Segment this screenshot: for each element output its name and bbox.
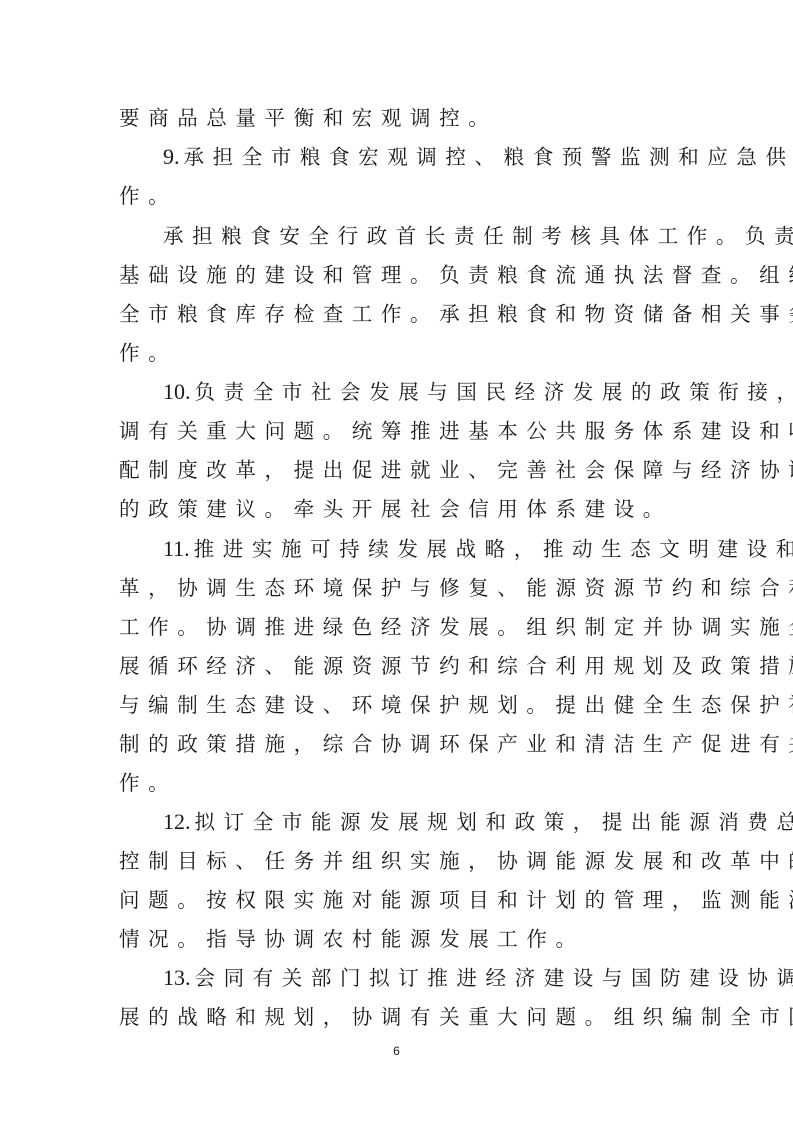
text-line: 作。 [119, 338, 679, 368]
text-line: 革，协调生态环境保护与修复、能源资源节约和综合利用等 [119, 573, 679, 603]
text-line: 工作。协调推进绿色经济发展。组织制定并协调实施全市发 [119, 612, 679, 642]
text-line: 基础设施的建设和管理。负责粮食流通执法督查。组织实施 [119, 260, 679, 290]
document-page: 要商品总量平衡和宏观调控。 9.承担全市粮食宏观调控、粮食预警监测和应急供应工 … [0, 0, 793, 1122]
text-line: 全市粮食库存检查工作。承担粮食和物资储备相关事务性工 [119, 299, 679, 329]
line-text: 的政策建议。牵头开展社会信用体系建设。 [119, 497, 672, 521]
text-line: 情况。指导协调农村能源发展工作。 [119, 924, 679, 954]
text-line: 与编制生态建设、环境保护规划。提出健全生态保护补偿机 [119, 690, 679, 720]
line-text: 情况。指导协调农村能源发展工作。 [119, 927, 585, 951]
line-text: 作。 [119, 771, 177, 795]
line-text: 承担全市粮食宏观调控、粮食预警监测和应急供应工 [184, 145, 793, 169]
text-line: 调有关重大问题。统筹推进基本公共服务体系建设和收入分 [119, 416, 679, 446]
line-text: 调有关重大问题。统筹推进基本公共服务体系建设和收入分 [119, 419, 793, 443]
line-text: 展循环经济、能源资源节约和综合利用规划及政策措施，参 [119, 654, 793, 678]
line-text: 作。 [119, 184, 177, 208]
text-line: 作。 [119, 181, 679, 211]
item-number: 13. [163, 965, 191, 990]
line-text: 与编制生态建设、环境保护规划。提出健全生态保护补偿机 [119, 693, 793, 717]
line-text: 革，协调生态环境保护与修复、能源资源节约和综合利用等 [119, 576, 793, 600]
text-line: 展的战略和规划，协调有关重大问题。组织编制全市国民经 [119, 1002, 679, 1032]
line-text: 配制度改革，提出促进就业、完善社会保障与经济协调发展 [119, 458, 793, 482]
line-text: 作。 [119, 341, 177, 365]
line-text: 要商品总量平衡和宏观调控。 [119, 106, 497, 130]
line-text: 推进实施可持续发展战略，推动生态文明建设和改 [194, 537, 793, 561]
text-line: 作。 [119, 768, 679, 798]
line-text: 会同有关部门拟订推进经济建设与国防建设协调发 [195, 966, 793, 990]
line-text: 展的战略和规划，协调有关重大问题。组织编制全市国民经 [119, 1005, 793, 1029]
line-text: 拟订全市能源发展规划和政策，提出能源消费总量 [195, 810, 793, 834]
item-9-heading-line: 9.承担全市粮食宏观调控、粮食预警监测和应急供应工 [163, 142, 679, 172]
item-13-heading-line: 13.会同有关部门拟订推进经济建设与国防建设协调发 [163, 963, 679, 993]
item-11-heading-line: 11.推进实施可持续发展战略，推动生态文明建设和改 [163, 534, 679, 564]
item-number: 11. [163, 536, 190, 561]
line-text: 工作。协调推进绿色经济发展。组织制定并协调实施全市发 [119, 615, 793, 639]
line-text: 承担粮食安全行政首长责任制考核具体工作。负责储备 [163, 224, 793, 248]
item-number: 12. [163, 809, 191, 834]
text-line: 问题。按权限实施对能源项目和计划的管理，监测能源发展 [119, 885, 679, 915]
text-line: 制的政策措施，综合协调环保产业和清洁生产促进有关工 [119, 729, 679, 759]
item-number: 10. [163, 379, 191, 404]
paragraph-start-line: 承担粮食安全行政首长责任制考核具体工作。负责储备 [163, 221, 679, 251]
line-text: 控制目标、任务并组织实施，协调能源发展和改革中的重大 [119, 849, 793, 873]
text-line: 控制目标、任务并组织实施，协调能源发展和改革中的重大 [119, 846, 679, 876]
page-number: 6 [0, 1044, 793, 1058]
line-text: 基础设施的建设和管理。负责粮食流通执法督查。组织实施 [119, 263, 793, 287]
line-text: 制的政策措施，综合协调环保产业和清洁生产促进有关工 [119, 732, 793, 756]
line-text: 负责全市社会发展与国民经济发展的政策衔接，协 [195, 380, 793, 404]
text-line: 要商品总量平衡和宏观调控。 [119, 103, 679, 133]
text-line: 配制度改革，提出促进就业、完善社会保障与经济协调发展 [119, 455, 679, 485]
line-text: 全市粮食库存检查工作。承担粮食和物资储备相关事务性工 [119, 302, 793, 326]
item-number: 9. [163, 144, 180, 169]
item-12-heading-line: 12.拟订全市能源发展规划和政策，提出能源消费总量 [163, 807, 679, 837]
line-text: 问题。按权限实施对能源项目和计划的管理，监测能源发展 [119, 888, 793, 912]
text-line: 展循环经济、能源资源节约和综合利用规划及政策措施，参 [119, 651, 679, 681]
text-line: 的政策建议。牵头开展社会信用体系建设。 [119, 494, 679, 524]
item-10-heading-line: 10.负责全市社会发展与国民经济发展的政策衔接，协 [163, 377, 679, 407]
